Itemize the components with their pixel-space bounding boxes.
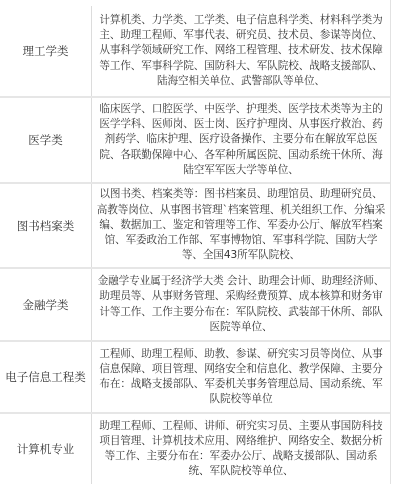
category-cell: 医学类 [0,98,92,182]
major-jobs-table: 理工学类 计算机类、力学类、工学类、电子信息科学类、材料科学类为主、助理工程师、… [0,0,391,469]
category-cell: 计算机专业 [0,414,92,469]
table-row: 电子信息工程类 工程师、助理工程师、助教、参谋、研究实习员等岗位、从事信息保障、… [0,342,390,414]
description-cell: 临床医学、口腔医学、中医学、护理类、医学技术类等为主的医学学科、医师岗、医士岗、… [92,98,390,182]
category-cell: 电子信息工程类 [0,342,92,412]
description-cell: 计算机类、力学类、工学类、电子信息科学类、材料科学类为主、助理工程师、军事代表、… [92,6,390,96]
description-cell: 助理工程师、工程师、讲师、研究实习员、主要从事国防科技项目管理、计算机技术应用、… [92,414,390,469]
table-row: 理工学类 计算机类、力学类、工学类、电子信息科学类、材料科学类为主、助理工程师、… [0,0,390,98]
table-row: 医学类 临床医学、口腔医学、中医学、护理类、医学技术类等为主的医学学科、医师岗、… [0,98,390,184]
description-cell: 工程师、助理工程师、助教、参谋、研究实习员等岗位、从事信息保障、项目管理、网络安… [92,342,390,412]
category-cell: 图书档案类 [0,184,92,267]
description-cell: 以图书类、档案类等：图书档案员、助理馆员、助理研究员、高教等岗位、从事图书管理`… [92,184,390,267]
category-cell: 金融学类 [0,269,92,340]
description-cell: 金融学专业属于经济学大类 会计、助理会计师、助理经济师、助理员等、从事财务管理、… [92,269,390,340]
table-row: 计算机专业 助理工程师、工程师、讲师、研究实习员、主要从事国防科技项目管理、计算… [0,414,390,469]
table-row: 图书档案类 以图书类、档案类等：图书档案员、助理馆员、助理研究员、高教等岗位、从… [0,184,390,269]
table-row: 金融学类 金融学专业属于经济学大类 会计、助理会计师、助理经济师、助理员等、从事… [0,269,390,342]
category-cell: 理工学类 [0,6,92,96]
